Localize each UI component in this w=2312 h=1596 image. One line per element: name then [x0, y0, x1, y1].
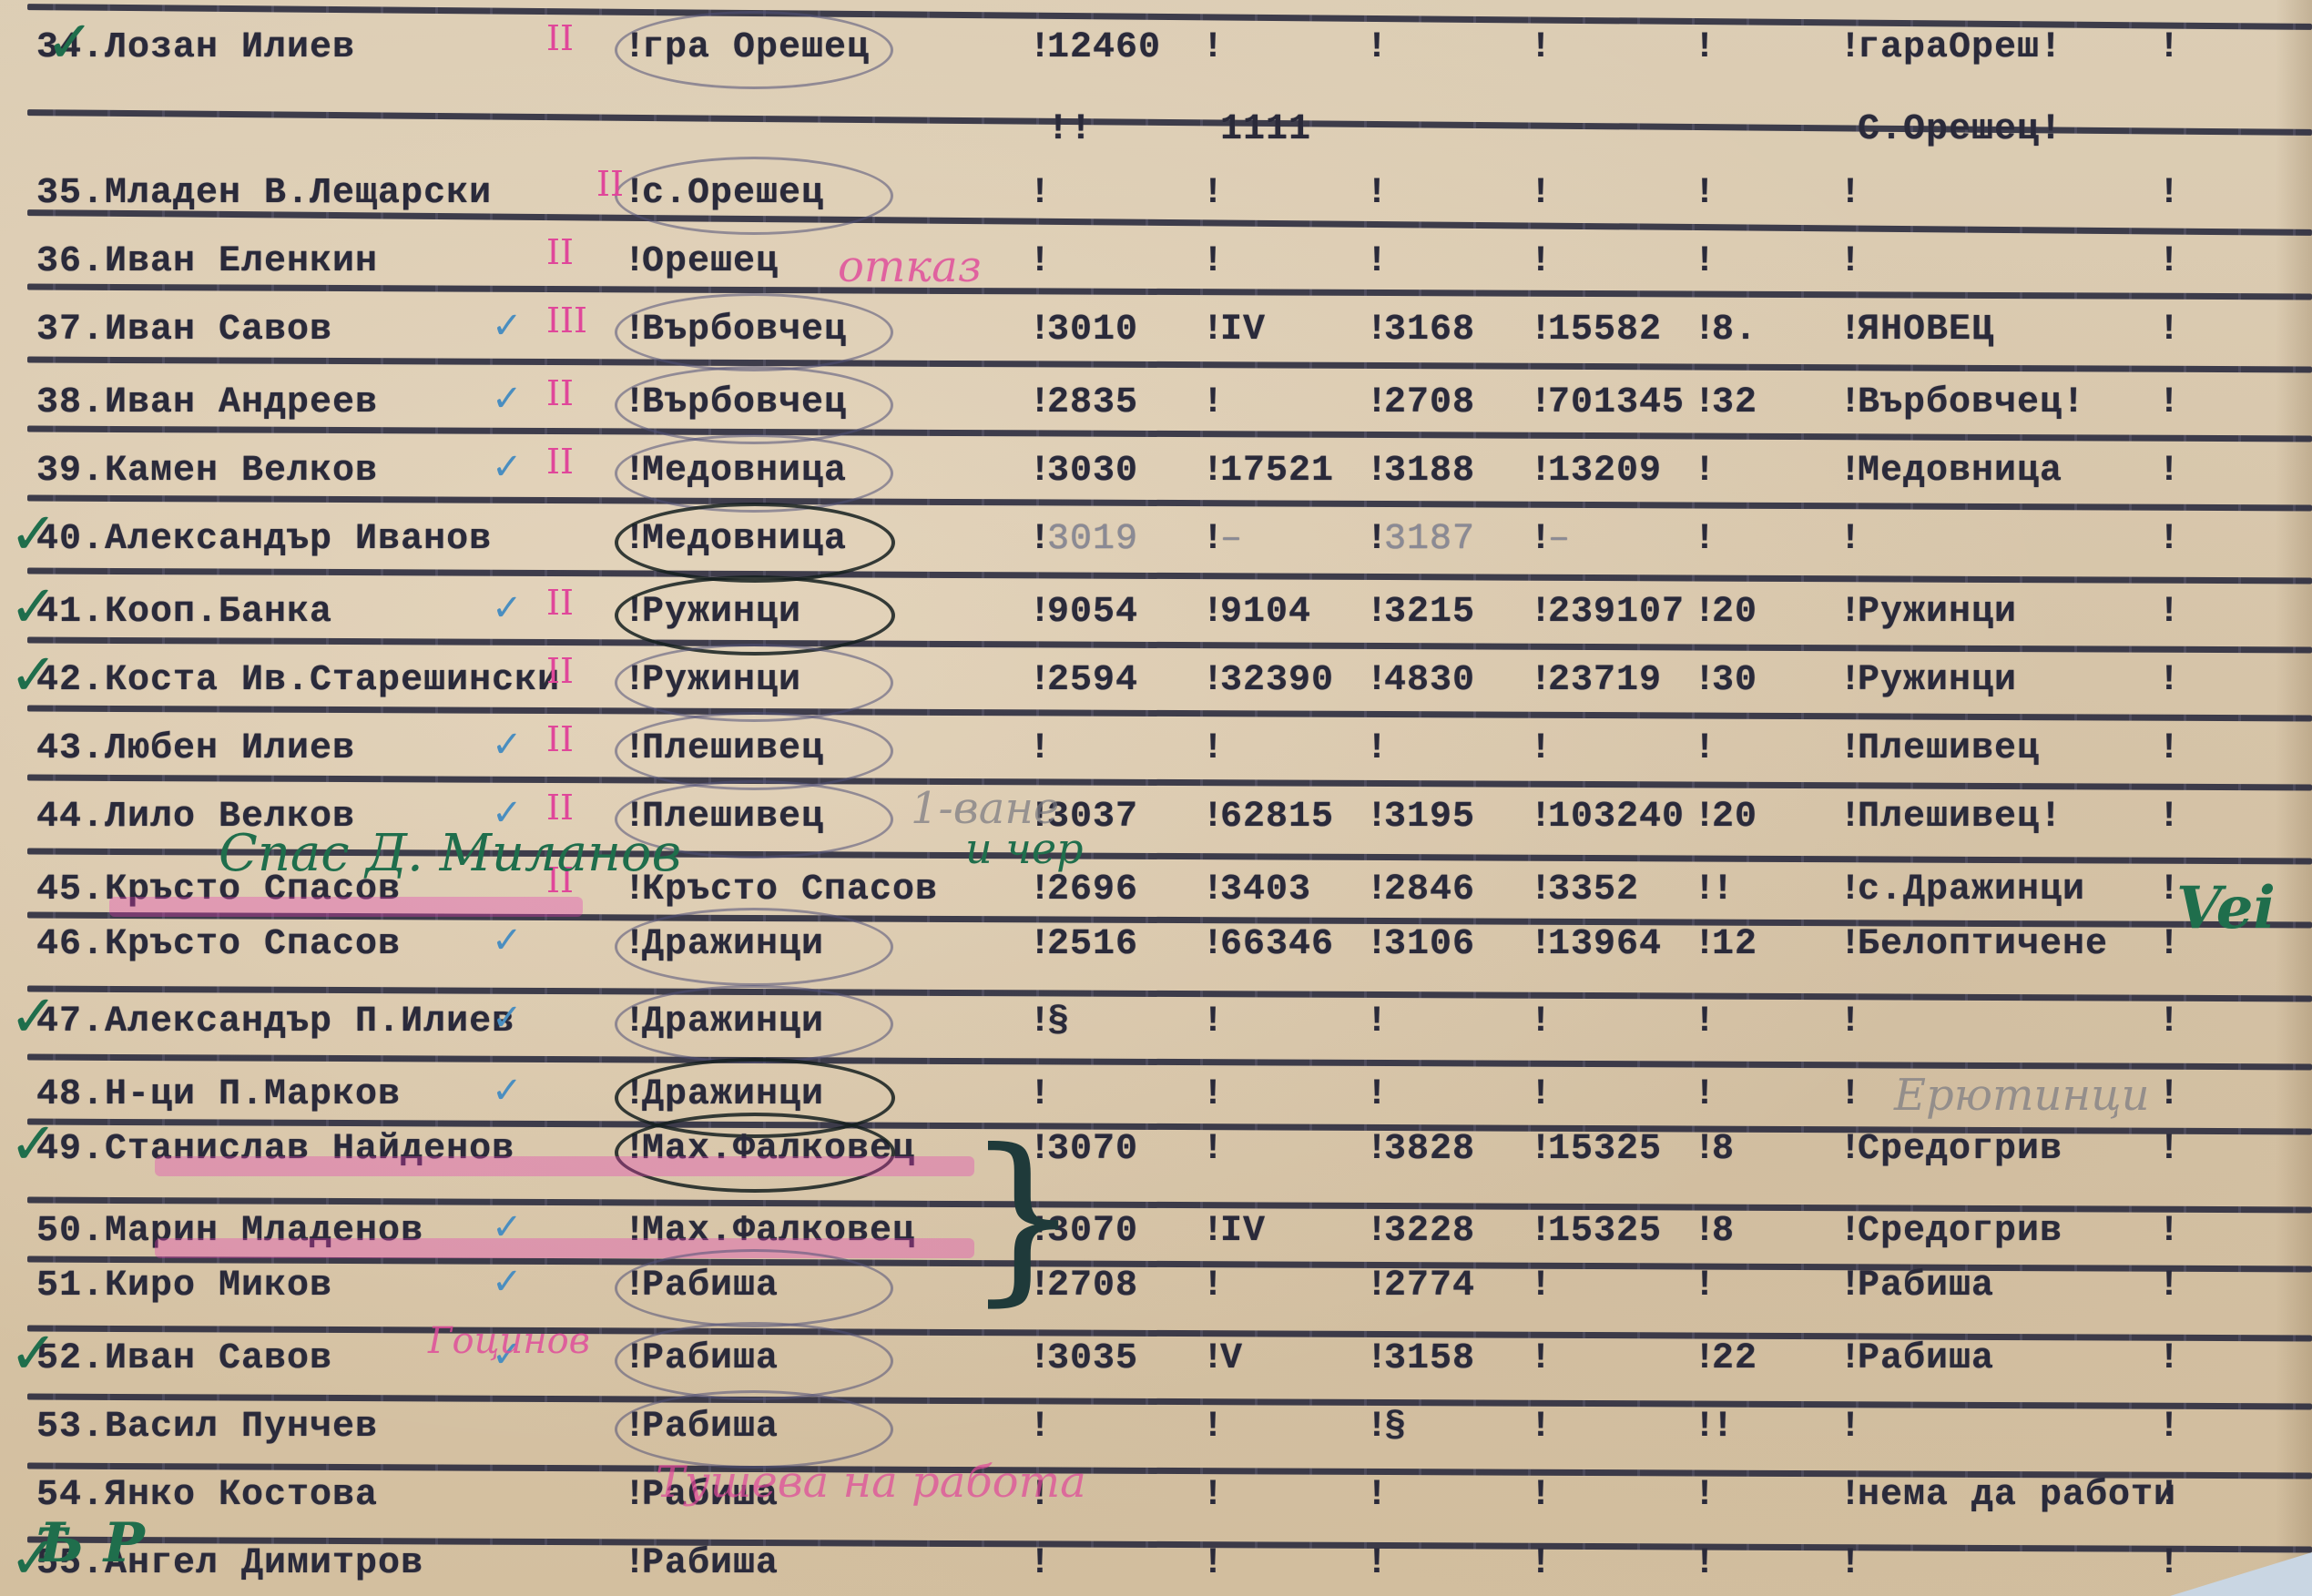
column-separator: !: [1366, 1001, 1388, 1042]
column-separator: !: [2158, 592, 2180, 633]
column-separator: !: [1202, 1475, 1224, 1516]
column-separator: !: [1839, 1074, 1861, 1115]
column-separator: !: [1029, 173, 1051, 214]
ledger-row: 42.Коста Ив.Старешински!Ружинци!2594!323…: [0, 660, 2312, 715]
column-separator: !: [1530, 1543, 1552, 1584]
roman-numeral-mark: II: [546, 373, 574, 413]
row-value-c4: 239107: [1548, 592, 1685, 633]
column-separator: !: [2158, 310, 2180, 351]
column-separator: !: [1530, 1074, 1552, 1115]
column-separator: !: [2158, 1211, 2180, 1252]
row-value-c1: 3019: [1047, 519, 1138, 560]
column-separator: !: [1202, 173, 1224, 214]
blue-check-icon: ✓: [492, 587, 523, 629]
roman-numeral-mark: II: [546, 583, 574, 623]
row-place: ЯНОВЕЦ: [1858, 310, 1994, 351]
row-name: 43.Любен Илиев: [36, 728, 355, 769]
row-value-c3: 2846: [1384, 869, 1475, 910]
column-separator: !: [1839, 173, 1861, 214]
row-place: Рабиша: [1858, 1338, 1994, 1379]
row-rule: [27, 4, 2312, 30]
ledger-row: 54.Янко Костова!Рабиша!!!!!!нема да рабо…: [0, 1475, 2312, 1530]
row-place: Плешивец!: [1858, 797, 2062, 838]
green-check-icon: ✓: [9, 983, 58, 1051]
column-separator: !: [1694, 1543, 1716, 1584]
annotation-green-name: Спас Д. Миланов: [219, 824, 681, 883]
row-name: 47.Александър П.Илиев: [36, 1001, 514, 1042]
row-value-c3: 3228: [1384, 1211, 1475, 1252]
row-place: Медовница: [1858, 451, 2062, 492]
column-separator: !: [1839, 1407, 1861, 1448]
column-separator: !: [1202, 1543, 1224, 1584]
ledger-row: 51.Киро Миков!Рабиша!2708!!2774!!!Рабиша…: [0, 1266, 2312, 1320]
column-separator: !: [1202, 27, 1224, 68]
annotation-pencil-48: Ерютинци: [1894, 1070, 2149, 1121]
column-separator: !: [1694, 1001, 1716, 1042]
row-place: Плешивец: [1858, 728, 2040, 769]
blue-check-icon: ✓: [492, 1070, 523, 1112]
column-separator: !: [2158, 1338, 2180, 1379]
row-value-c2: IV: [1220, 1211, 1266, 1252]
column-separator: !: [2158, 241, 2180, 282]
circled-village-mark: [615, 1113, 895, 1193]
annotation-pencil-44: 1-ване: [911, 783, 1059, 834]
row-value-c5: 32: [1712, 382, 1757, 423]
column-separator: !: [1202, 1129, 1224, 1170]
ledger-row: 46.Кръсто Спасов!Дражинци!2516!66346!310…: [0, 924, 2312, 979]
column-separator: !: [2158, 1475, 2180, 1516]
pink-highlight: [109, 897, 583, 917]
column-separator: !: [1530, 1266, 1552, 1306]
row-value-c1: 2516: [1047, 924, 1138, 965]
blue-check-icon: ✓: [492, 305, 523, 347]
row-name: 53.Васил Пунчев: [36, 1407, 378, 1448]
row-place: нема да работи: [1858, 1475, 2176, 1516]
ledger-row: 47.Александър П.Илиев!Дражинци!§!!!!!!✓✓: [0, 1001, 2312, 1056]
column-separator: !: [1530, 27, 1552, 68]
row-village: Кръсто Спасов: [642, 869, 938, 910]
column-separator: !: [2158, 728, 2180, 769]
column-separator: !: [2158, 1074, 2180, 1115]
row-place: Върбовчец!: [1858, 382, 2085, 423]
row-name: 52.Иван Савов: [36, 1338, 332, 1379]
row-value-c5: 12: [1712, 924, 1757, 965]
row-value-c1: 3030: [1047, 451, 1138, 492]
row-village: Рабиша: [642, 1543, 779, 1584]
ledger-row: 37.Иван Савов!Върбовчец!3010!IV!3168!155…: [0, 310, 2312, 364]
row-value-c3: 3158: [1384, 1338, 1475, 1379]
column-separator: !: [1202, 1266, 1224, 1306]
roman-numeral-mark: II: [546, 442, 574, 482]
row-value-c3: 3187: [1384, 519, 1475, 560]
column-separator: !: [2158, 382, 2180, 423]
row-value-c1: 9054: [1047, 592, 1138, 633]
column-separator: !: [1029, 728, 1051, 769]
row-name: 38.Иван Андреев: [36, 382, 378, 423]
row-name: 54.Янко Костова: [36, 1475, 378, 1516]
annotation-pink-scribble: отказ: [838, 241, 982, 292]
ledger-row: 39.Камен Велков!Медовница!3030!17521!318…: [0, 451, 2312, 505]
column-separator: !: [1694, 1475, 1716, 1516]
column-separator: !: [1366, 1074, 1388, 1115]
row-place: Белоптичене: [1858, 924, 2108, 965]
row-value-c2: IV: [1220, 310, 1266, 351]
row-place: Рабиша: [1858, 1266, 1994, 1306]
row-value-c5: !: [1712, 1407, 1735, 1448]
row-subline-c1: !!: [1047, 109, 1093, 150]
column-separator: !: [1839, 1543, 1861, 1584]
annotation-green-right: Vei: [2176, 874, 2276, 942]
circled-village-mark: [615, 1322, 893, 1400]
circled-village-mark: [615, 712, 893, 790]
row-value-c5: 20: [1712, 797, 1757, 838]
row-value-c3: §: [1384, 1407, 1407, 1448]
row-name: 42.Коста Ив.Старешински: [36, 660, 560, 701]
ledger-row: 38.Иван Андреев!Върбовчец!2835!!2708!701…: [0, 382, 2312, 437]
row-value-c4: 13964: [1548, 924, 1662, 965]
green-check-icon: ✓: [9, 574, 58, 641]
blue-check-icon: ✓: [492, 446, 523, 488]
green-check-icon: ✓: [9, 501, 58, 568]
circled-village-mark: [615, 11, 893, 89]
row-name: 41.Кооп.Банка: [36, 592, 332, 633]
column-separator: !: [2158, 1543, 2180, 1584]
column-separator: !: [2158, 1001, 2180, 1042]
row-name: 51.Киро Миков: [36, 1266, 332, 1306]
circled-village-mark: [615, 157, 893, 235]
circled-village-mark: [615, 644, 893, 722]
circled-village-mark: [615, 985, 893, 1063]
green-check-icon: ✓: [46, 9, 95, 76]
row-value-c3: 4830: [1384, 660, 1475, 701]
row-value-c5: !: [1712, 869, 1735, 910]
row-value-c1: 3035: [1047, 1338, 1138, 1379]
row-value-c4: 15325: [1548, 1129, 1662, 1170]
blue-check-icon: ✓: [492, 378, 523, 420]
row-value-c2: 32390: [1220, 660, 1334, 701]
row-value-c4: 15582: [1548, 310, 1662, 351]
row-place: Средогрив: [1858, 1211, 2062, 1252]
column-separator: !: [2158, 519, 2180, 560]
roman-numeral-mark: II: [546, 232, 574, 272]
roman-numeral-mark: II: [546, 18, 574, 58]
column-separator: !: [1202, 1001, 1224, 1042]
column-separator: !: [1530, 1407, 1552, 1448]
ledger-row: 35.Младен В.Лещарски!с.Орешец!!!!!!!II: [0, 173, 2312, 228]
column-separator: !: [1530, 1001, 1552, 1042]
column-separator: !: [2158, 1266, 2180, 1306]
roman-numeral-mark: II: [546, 719, 574, 759]
column-separator: !: [2158, 451, 2180, 492]
column-separator: !: [1694, 519, 1716, 560]
column-separator: !: [1694, 241, 1716, 282]
column-separator: !: [1366, 241, 1388, 282]
ledger-row: 55.Ангел Димитров!Рабиша!!!!!!!✓: [0, 1543, 2312, 1596]
column-separator: !: [2158, 660, 2180, 701]
row-value-c4: 103240: [1548, 797, 1685, 838]
row-value-c3: 3828: [1384, 1129, 1475, 1170]
roman-numeral-mark: III: [546, 300, 587, 341]
green-check-icon: ✓: [9, 1111, 58, 1178]
column-separator: !: [1694, 728, 1716, 769]
row-value-c4: 13209: [1548, 451, 1662, 492]
column-separator: !: [1530, 1338, 1552, 1379]
column-separator: !: [2158, 27, 2180, 68]
column-separator: !: [1366, 1475, 1388, 1516]
row-value-c5: 8: [1712, 1211, 1735, 1252]
column-separator: !: [2158, 1129, 2180, 1170]
row-place: с.Дражинци: [1858, 869, 2085, 910]
row-subline-c2: 1111: [1220, 109, 1311, 150]
row-value-c3: 3168: [1384, 310, 1475, 351]
ledger-row: 53.Васил Пунчев!Рабиша!!!§!!!!!: [0, 1407, 2312, 1461]
blue-check-icon: ✓: [492, 724, 523, 766]
row-name: 48.Н-ци П.Марков: [36, 1074, 401, 1115]
row-value-c1: 2835: [1047, 382, 1138, 423]
row-value-c2: 66346: [1220, 924, 1334, 965]
column-separator: !: [1029, 1543, 1051, 1584]
row-value-c1: 2594: [1047, 660, 1138, 701]
pink-highlight: [155, 1156, 974, 1176]
row-value-c2: 62815: [1220, 797, 1334, 838]
row-value-c1: 3010: [1047, 310, 1138, 351]
ledger-row: 41.Кооп.Банка!Ружинци!9054!9104!3215!239…: [0, 592, 2312, 646]
column-separator: !: [1530, 241, 1552, 282]
column-separator: !: [1202, 728, 1224, 769]
row-value-c3: 3215: [1384, 592, 1475, 633]
row-value-c1: 12460: [1047, 27, 1161, 68]
row-value-c1: §: [1047, 1001, 1070, 1042]
column-separator: !: [1366, 728, 1388, 769]
row-value-c3: 3195: [1384, 797, 1475, 838]
row-rule: [27, 985, 2312, 1001]
curly-brace-mark: }: [965, 1111, 1081, 1323]
column-separator: !: [1202, 1074, 1224, 1115]
ledger-row: 50.Марин Младенов!Мах.Фалковец!3070!IV!3…: [0, 1211, 2312, 1266]
column-separator: !: [1366, 1543, 1388, 1584]
circled-village-mark: [615, 908, 893, 986]
circled-village-mark: [615, 366, 893, 444]
blue-check-icon: ✓: [492, 997, 523, 1039]
annotation-green-55: Ѣ Р: [36, 1511, 145, 1575]
column-separator: !: [1530, 1475, 1552, 1516]
roman-numeral-mark: II: [546, 651, 574, 691]
row-value-c4: 23719: [1548, 660, 1662, 701]
row-value-c2: V: [1220, 1338, 1243, 1379]
ledger-row: 43.Любен Илиев!Плешивец!!!!!!Плешивец!✓I…: [0, 728, 2312, 783]
column-separator: !: [1839, 519, 1861, 560]
ledger-row: 36.Иван Еленкин!Орешец!!!!!!!II: [0, 241, 2312, 296]
row-value-c5: 20: [1712, 592, 1757, 633]
circled-village-mark: [615, 503, 895, 583]
blue-check-icon: ✓: [492, 920, 523, 961]
ledger-row: 40.Александър Иванов!Медовница!3019!–!31…: [0, 519, 2312, 574]
row-name: 39.Камен Велков: [36, 451, 378, 492]
row-place: Средогрив: [1858, 1129, 2062, 1170]
ledger-row: 52.Иван Савов!Рабиша!3035!V!3158!!22!Раб…: [0, 1338, 2312, 1393]
row-name: 36.Иван Еленкин: [36, 241, 378, 282]
column-separator: !: [1694, 1266, 1716, 1306]
row-value-c3: 2774: [1384, 1266, 1475, 1306]
column-separator: !: [1029, 241, 1051, 282]
row-value-c5: 22: [1712, 1338, 1757, 1379]
row-value-c3: 3188: [1384, 451, 1475, 492]
column-separator: !: [1202, 241, 1224, 282]
row-value-c3: 3106: [1384, 924, 1475, 965]
annotation-pink-52: Гоцинов: [428, 1320, 590, 1362]
blue-check-icon: ✓: [492, 1261, 523, 1303]
circled-village-mark: [615, 293, 893, 371]
row-value-c4: 701345: [1548, 382, 1685, 423]
ledger-row: 49.Станислав Найденов!Мах.Фалковец!3070!…: [0, 1129, 2312, 1184]
row-name: 37.Иван Савов: [36, 310, 332, 351]
row-value-c5: 30: [1712, 660, 1757, 701]
row-name: 46.Кръсто Спасов: [36, 924, 401, 965]
column-separator: !: [2158, 173, 2180, 214]
column-separator: !: [2158, 1407, 2180, 1448]
column-separator: !: [1694, 173, 1716, 214]
column-separator: !: [1839, 241, 1861, 282]
row-value-c3: 2708: [1384, 382, 1475, 423]
column-separator: !: [1202, 382, 1224, 423]
row-value-c2: –: [1220, 519, 1243, 560]
column-separator: !: [2158, 797, 2180, 838]
column-separator: !: [1839, 1001, 1861, 1042]
row-place: Ружинци: [1858, 660, 2017, 701]
row-subline-place: С.Орешец!: [1858, 109, 2062, 150]
ledger-row: 34.Лозан Илиев!гра Орешец!12460!!!!!гара…: [0, 27, 2312, 82]
row-value-c5: 8: [1712, 1129, 1735, 1170]
row-value-c4: 15325: [1548, 1211, 1662, 1252]
column-separator: !: [1029, 1074, 1051, 1115]
column-separator: !: [1366, 173, 1388, 214]
green-check-icon: ✓: [9, 642, 58, 709]
row-value-c2: 17521: [1220, 451, 1334, 492]
row-value-c2: 3403: [1220, 869, 1311, 910]
column-separator: !: [1694, 1074, 1716, 1115]
column-separator: !: [1530, 173, 1552, 214]
row-value-c4: –: [1548, 519, 1571, 560]
row-value-c1: 2696: [1047, 869, 1138, 910]
roman-numeral-mark: II: [596, 164, 624, 204]
row-place: Ружинци: [1858, 592, 2017, 633]
column-separator: !: [1366, 27, 1388, 68]
green-check-icon: ✓: [9, 1320, 58, 1388]
row-name: 35.Младен В.Лещарски: [36, 173, 492, 214]
column-separator: !: [1694, 451, 1716, 492]
pink-highlight: [155, 1238, 974, 1258]
column-separator: !: [1694, 27, 1716, 68]
row-village: Орешец: [642, 241, 779, 282]
row-rule: [27, 1054, 2312, 1071]
row-value-c2: 9104: [1220, 592, 1311, 633]
circled-village-mark: [615, 434, 893, 513]
column-separator: !: [1202, 1407, 1224, 1448]
row-value-c5: 8.: [1712, 310, 1757, 351]
row-name: 40.Александър Иванов: [36, 519, 492, 560]
annotation-pink-54: Тушева на работа: [656, 1457, 1086, 1508]
column-separator: !: [1029, 1407, 1051, 1448]
circled-village-mark: [615, 1249, 893, 1327]
row-place: гараОреш!: [1858, 27, 2062, 68]
ledger-page: 34.Лозан Илиев!гра Орешец!12460!!!!!гара…: [0, 0, 2312, 1596]
column-separator: !: [1530, 728, 1552, 769]
roman-numeral-mark: II: [546, 788, 574, 828]
row-value-c4: 3352: [1548, 869, 1639, 910]
